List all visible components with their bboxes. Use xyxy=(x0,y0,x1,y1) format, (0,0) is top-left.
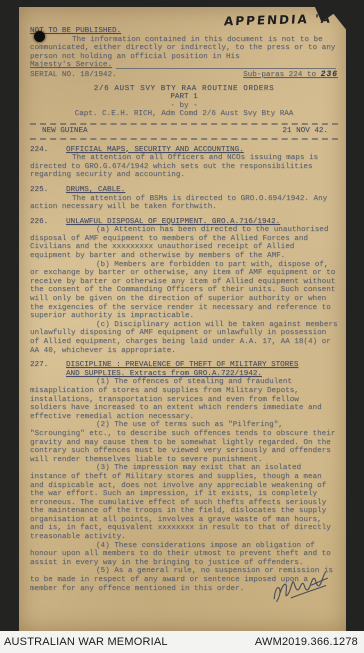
order-number: 226. xyxy=(30,218,66,227)
date: 21 NOV 42. xyxy=(282,127,328,136)
order-heading: DRUMS, CABLE. xyxy=(66,186,125,195)
masthead: 2/6 AUST SVY BTY RAA ROUTINE ORDERS PART… xyxy=(30,85,338,119)
archive-accession-number: AWM2019.366.1278 xyxy=(255,636,358,648)
order-paragraph: (3) The impression may exist that an iso… xyxy=(30,464,338,541)
order-number: 227. xyxy=(30,361,66,370)
order-226: 226. UNLAWFUL DISPOSAL OF EQUIPMENT. GRO… xyxy=(30,218,338,356)
divider-line xyxy=(30,138,338,140)
order-225: 225. DRUMS, CABLE. The attention of BSMs… xyxy=(30,186,338,212)
appendix-annotation: APPENDIA 'A xyxy=(223,12,332,29)
serial-number: SERIAL NO. 18/1942. xyxy=(30,71,117,80)
subparas-handwritten: 236 xyxy=(321,70,338,79)
order-heading: UNLAWFUL DISPOSAL OF EQUIPMENT. GRO.A.71… xyxy=(66,218,280,227)
order-number: 224. xyxy=(30,146,66,155)
order-paragraph: The attention of BSMs is directed to GRO… xyxy=(30,195,338,212)
order-paragraph: (1) The offences of stealing and fraudul… xyxy=(30,378,338,421)
issuing-officer: Capt. C.E.H. RICH, Adm Comd 2/6 Aust Svy… xyxy=(30,110,338,119)
archive-institution: AUSTRALIAN WAR MEMORIAL xyxy=(4,636,168,648)
dateline: NEW GUINEA 21 NOV 42. xyxy=(30,127,338,136)
security-tail: Majesty's Service. xyxy=(30,61,112,70)
order-paragraph: (b) Members are forbidden to part with, … xyxy=(30,261,338,321)
order-number: 225. xyxy=(30,186,66,195)
document-page: APPENDIA 'A NOT TO BE PUBLISHED. The inf… xyxy=(19,7,346,631)
hole-punch xyxy=(34,31,45,42)
rule-line xyxy=(116,61,336,69)
part-label: PART 1 xyxy=(30,93,338,102)
order-224: 224. OFFICIAL MAPS, SECURITY AND ACCOUNT… xyxy=(30,146,338,180)
order-heading: DISCIPLINE : PREVALENCE OF THEFT OF MILI… xyxy=(66,361,298,370)
subparas-range: Sub-paras 224 to 236 xyxy=(243,71,338,80)
order-heading: OFFICIAL MAPS, SECURITY AND ACCOUNTING. xyxy=(66,146,244,155)
order-227: 227. DISCIPLINE : PREVALENCE OF THEFT OF… xyxy=(30,361,338,593)
security-notice: NOT TO BE PUBLISHED. The information con… xyxy=(30,27,338,80)
order-paragraph: The attention of all Officers and NCOs i… xyxy=(30,154,338,180)
security-heading: NOT TO BE PUBLISHED. xyxy=(30,27,338,36)
divider-line xyxy=(30,123,338,125)
order-paragraph: (2) The use of terms such as "Pilfering"… xyxy=(30,421,338,464)
order-paragraph: (c) Disciplinary action will be taken ag… xyxy=(30,321,338,355)
archive-caption-bar: AUSTRALIAN WAR MEMORIAL AWM2019.366.1278 xyxy=(0,631,364,653)
unit-title: 2/6 AUST SVY BTY RAA ROUTINE ORDERS xyxy=(30,85,338,94)
order-paragraph: (4) These considerations impose an oblig… xyxy=(30,542,338,568)
security-body: The information contained in this docume… xyxy=(30,36,338,62)
order-paragraph: (a) Attention has been directed to the u… xyxy=(30,226,338,260)
serial-row: SERIAL NO. 18/1942. Sub-paras 224 to 236 xyxy=(30,71,338,80)
location: NEW GUINEA xyxy=(42,127,88,136)
